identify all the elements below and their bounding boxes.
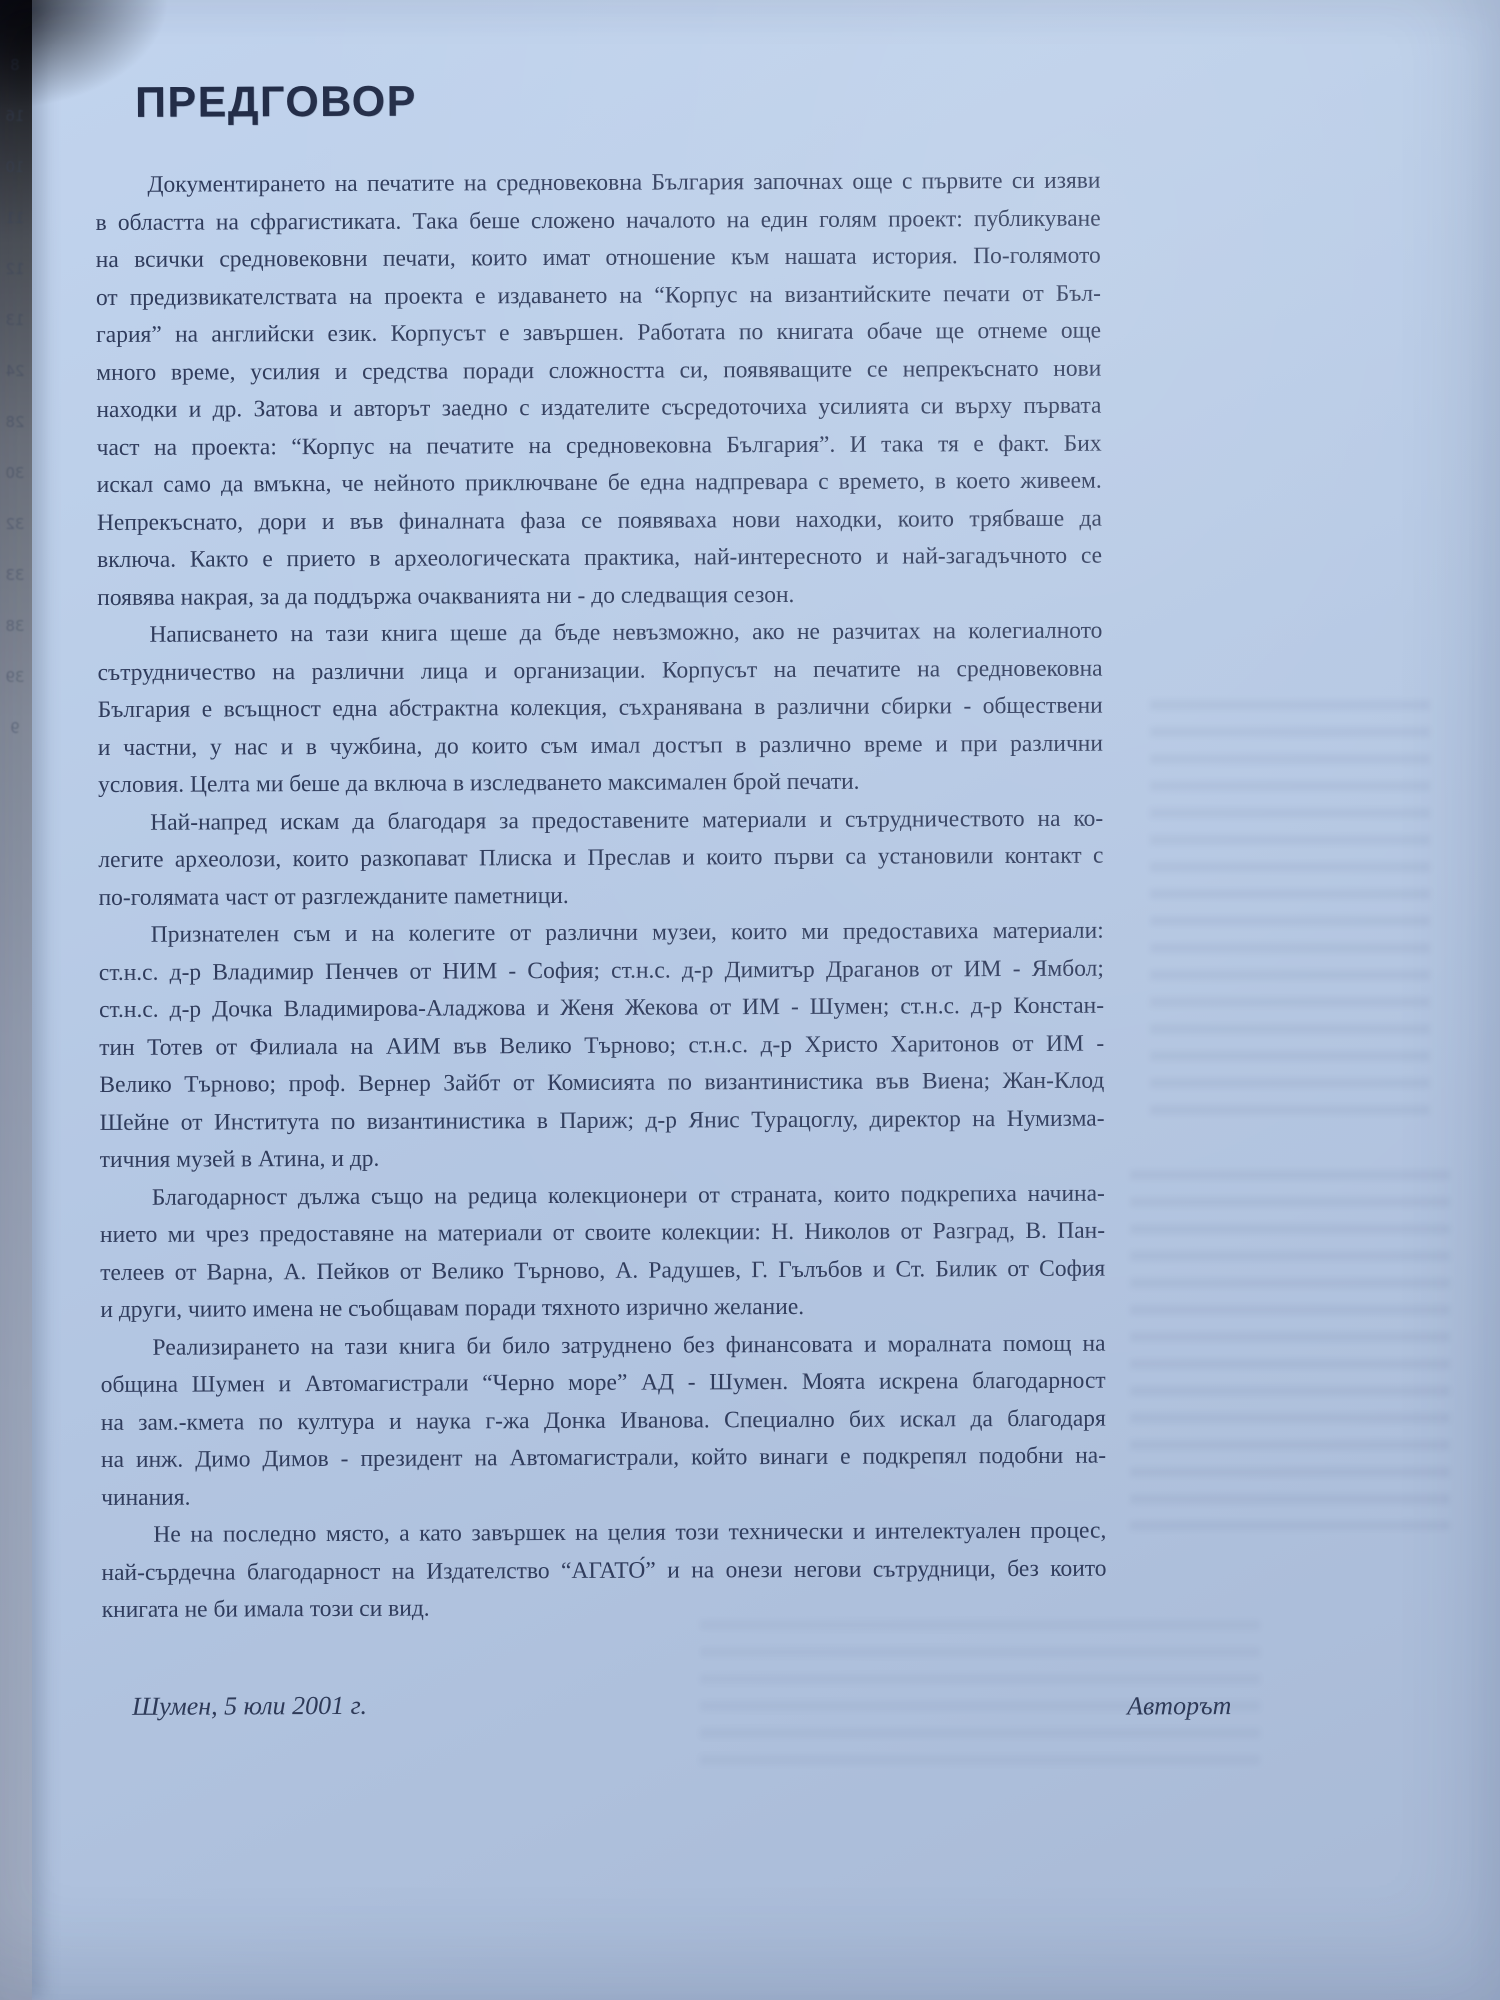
edge-number: 39 [5,668,24,686]
text-line: Благодарност дължа също на редица колекц… [100,1175,1105,1217]
text-line: нието ми чрез предоставяне на материали … [100,1213,1105,1255]
book-edge-strip: 81610111213242830323338399 [0,0,32,2000]
text-line: находки и др. Затова и авторът заедно с … [96,388,1101,430]
edge-number: 8 [10,56,20,74]
text-line: на зам.-кмета по култура и наука г-жа До… [101,1400,1106,1442]
edge-number: 13 [5,311,24,329]
edge-number: 11 [5,209,24,227]
page-footer: Шумен, 5 юли 2001 г. Авторът [102,1687,1107,1735]
text-line: много време, усилия и средства поради сл… [96,350,1101,392]
edge-number: 38 [5,617,24,635]
text-line: телеев от Варна, А. Пейков от Велико Тър… [100,1250,1105,1292]
show-through-smudge [1130,1170,1450,1530]
text-line: ст.н.с. д-р Владимир Пенчев от НИМ - Соф… [99,950,1104,992]
text-line: Не на последно място, а като завършек на… [101,1513,1106,1555]
text-line: Написването на тази книга щеше да бъде н… [97,613,1102,655]
text-line: тин Тотев от Филиала на АИМ във Велико Т… [99,1025,1104,1067]
edge-number: 24 [5,362,24,380]
body-paragraphs: Документирането на печатите на средновек… [95,163,1106,1630]
text-line: България е всъщност една абстрактна коле… [98,688,1103,730]
text-line: най-сърдечна благодарност на Издателство… [101,1550,1106,1592]
edge-number: 30 [5,464,24,482]
book-page-photo: { "page": { "title": "ПРЕДГОВОР", "parag… [0,0,1500,2000]
text-line: Непрекъснато, дори и във финалната фаза … [97,500,1102,542]
text-line: Признателен съм и на колегите от различн… [99,913,1104,955]
edge-number: 16 [5,107,24,125]
text-line: условия. Целта ми беше да включа в изсле… [98,763,1103,805]
text-line: по-голямата част от разглежданите паметн… [98,875,1103,917]
text-line: Шейне от Института по византинистика в П… [99,1100,1104,1142]
paragraph: Признателен съм и на колегите от различн… [99,913,1105,1180]
text-line: част на проекта: “Корпус на печатите на … [97,425,1102,467]
edge-number: 33 [5,566,24,584]
paragraph: Не на последно място, а като завършек на… [101,1513,1106,1630]
text-line: включа. Както е прието в археологическат… [97,538,1102,580]
text-line: Документирането на печатите на средновек… [95,163,1100,205]
text-line: на инж. Димо Димов - президент на Автома… [101,1438,1106,1480]
text-line: ст.н.с. д-р Дочка Владимирова-Аладжова и… [99,988,1104,1030]
text-line: легите археолози, които разкопават Плиск… [98,838,1103,880]
page-edge-numbers: 81610111213242830323338399 [1,56,29,737]
paragraph: Написването на тази книга щеше да бъде н… [97,613,1103,805]
paragraph: Най-напред искам да благодаря за предост… [98,800,1103,917]
text-line: чинания. [101,1475,1106,1517]
text-line: тичния музей в Атина, и др. [100,1138,1105,1180]
page-title: ПРЕДГОВОР [135,78,1100,125]
edge-number: 10 [5,158,24,176]
text-line: и частни, у нас и в чужбина, до които съ… [98,725,1103,767]
paragraph: Реализирането на тази книга би било затр… [100,1325,1106,1517]
text-line: Реализирането на тази книга би било затр… [100,1325,1105,1367]
place-date: Шумен, 5 юли 2001 г. [132,1690,367,1721]
author-signature: Авторът [1127,1691,1231,1721]
text-line: Най-напред искам да благодаря за предост… [98,800,1103,842]
edge-number: 28 [5,413,24,431]
paragraph: Благодарност дължа също на редица колекц… [100,1175,1106,1329]
text-line: Велико Търново; проф. Вернер Зайбт от Ко… [99,1063,1104,1105]
text-line: появява накрая, за да поддържа очаквания… [97,575,1102,617]
text-line: гария” на английски език. Корпусът е зав… [96,313,1101,355]
text-line: община Шумен и Автомагистрали “Черно мор… [101,1363,1106,1405]
edge-number: 32 [5,515,24,533]
edge-number: 12 [5,260,24,278]
page-content: ПРЕДГОВОР Документирането на печатите на… [95,78,1107,1736]
text-line: и други, чиито имена не съобщавам поради… [100,1288,1105,1330]
paragraph: Документирането на печатите на средновек… [95,163,1102,617]
text-line: книгата не би имала този си вид. [102,1588,1107,1630]
text-line: на всички средновековни печати, които им… [96,238,1101,280]
show-through-smudge [1150,700,1430,1120]
text-line: от предизвикателствата на проекта е изда… [96,275,1101,317]
text-line: искал само да вмъкна, че нейното приключ… [97,463,1102,505]
text-line: сътрудничество на различни лица и органи… [97,650,1102,692]
edge-number: 9 [10,719,20,737]
text-line: в областта на сфрагистиката. Така беше с… [96,200,1101,242]
